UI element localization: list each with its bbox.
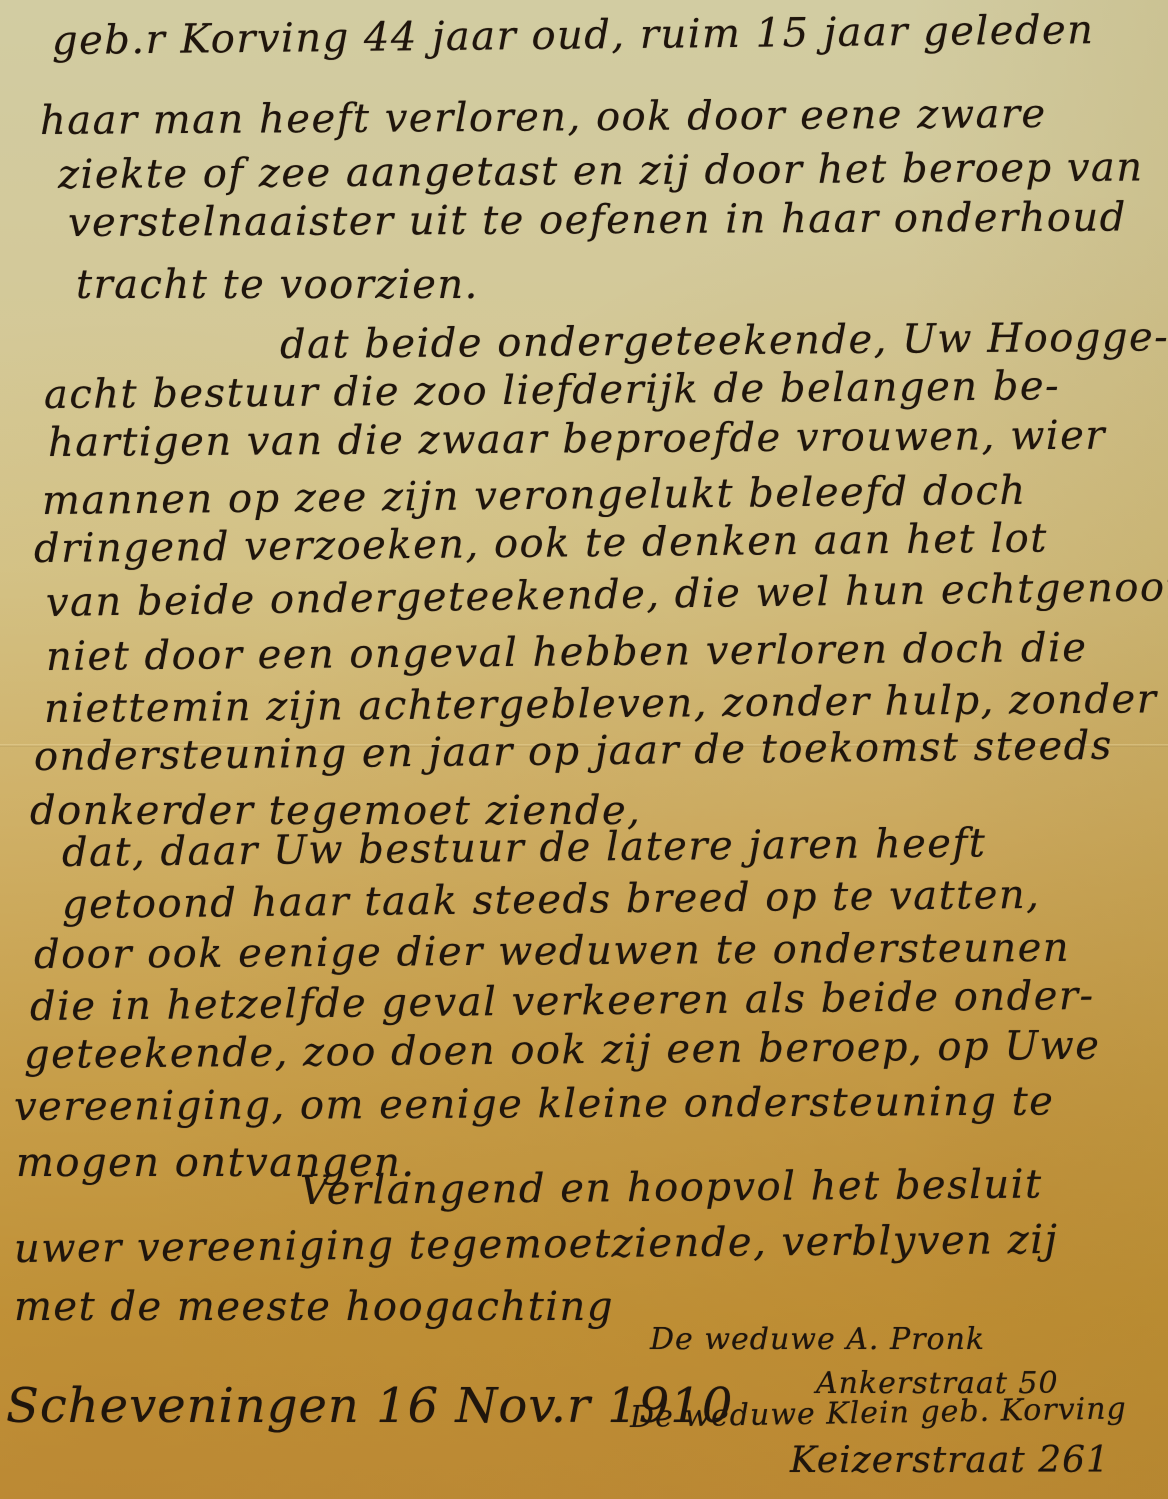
letter-line-20: geteekende, zoo doen ook zij een beroep,… — [24, 1023, 1101, 1078]
letter-line-24: uwer vereeniging tegemoetziende, verblyv… — [14, 1217, 1059, 1272]
signature-second-address: Keizerstraat 261 — [790, 1440, 1110, 1481]
place-and-date: Scheveningen 16 Nov.r 1910 — [6, 1378, 733, 1434]
letter-line-14: ondersteuning en jaar op jaar de toekoms… — [34, 723, 1113, 780]
letter-line-4: verstelnaaister uit te oefenen in haar o… — [68, 194, 1127, 246]
signature-second-name: De weduwe Klein geb. Korving — [630, 1391, 1127, 1435]
letter-line-5: tracht te voorzien. — [76, 262, 479, 308]
letter-line-2: haar man heeft verloren, ook door eene z… — [40, 91, 1047, 144]
letter-line-3: ziekte of zee aangetast en zij door het … — [58, 144, 1144, 198]
letter-line-1: geb.r Korving 44 jaar oud, ruim 15 jaar … — [52, 7, 1095, 64]
letter-line-12: niet door een ongeval hebben verloren do… — [46, 625, 1088, 680]
letter-line-21: vereeniging, om eenige kleine ondersteun… — [14, 1079, 1055, 1130]
handwritten-letter: geb.r Korving 44 jaar oud, ruim 15 jaar … — [0, 0, 1168, 1499]
letter-line-18: door ook eenige dier weduwen te onderste… — [34, 925, 1070, 978]
letter-line-16: dat, daar Uw bestuur de latere jaren hee… — [62, 820, 987, 876]
letter-line-8: hartigen van die zwaar beproefde vrouwen… — [48, 413, 1106, 466]
letter-line-17: getoond haar taak steeds breed op te vat… — [62, 872, 1041, 928]
letter-line-19: die in hetzelfde geval verkeeren als bei… — [30, 973, 1095, 1030]
letter-line-25: met de meeste hoogachting — [14, 1284, 614, 1330]
letter-line-23: Verlangend en hoopvol het besluit — [300, 1162, 1043, 1214]
letter-line-6: dat beide ondergeteekende, Uw Hoogge- — [280, 314, 1168, 368]
letter-line-10: dringend verzoeken, ook te denken aan he… — [34, 515, 1048, 572]
letter-line-9: mannen op zee zijn verongelukt beleefd d… — [42, 468, 1027, 524]
letter-line-11: van beide ondergeteekende, die wel hun e… — [46, 564, 1168, 626]
letter-line-7: acht bestuur die zoo liefderijk de belan… — [44, 363, 1060, 418]
signature-first-name: De weduwe A. Pronk — [650, 1322, 985, 1357]
